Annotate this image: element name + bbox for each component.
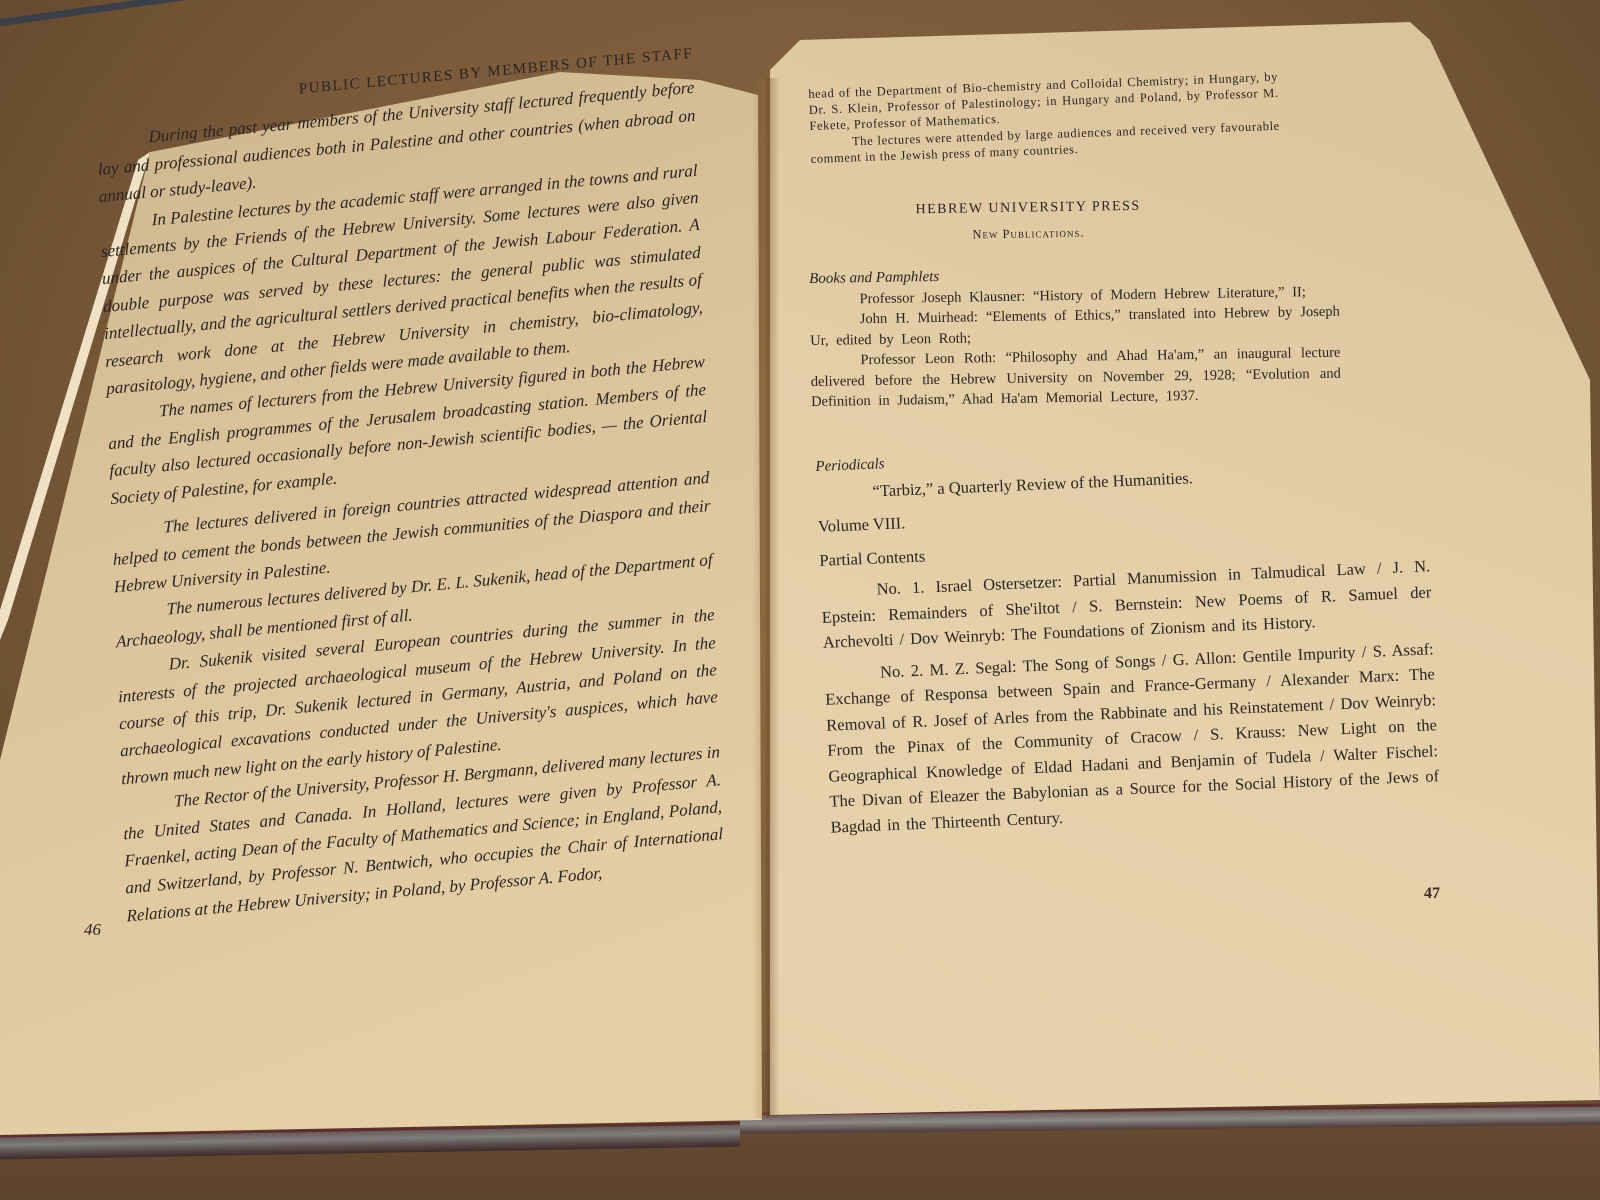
left-page-text: PUBLIC LECTURES BY MEMBERS OF THE STAFF … [95, 41, 725, 930]
right-page-continuation: head of the Department of Bio-chemistry … [808, 69, 1281, 167]
book-entry: Professor Leon Roth: “Philosophy and Aha… [810, 343, 1341, 413]
press-subtitle: New Publications. [808, 220, 1248, 247]
periodicals-section: Periodicals “Tarbiz,” a Quarterly Review… [815, 429, 1441, 839]
issue-entry: No. 2. M. Z. Segal: The Song of Songs / … [824, 636, 1441, 840]
page-number-right: 47 [1424, 885, 1440, 903]
background-cable [0, 0, 238, 29]
press-section: HEBREW UNIVERSITY PRESS New Publications… [808, 193, 1371, 412]
page-number-left: 46 [84, 920, 101, 940]
book-gutter [752, 78, 780, 1118]
